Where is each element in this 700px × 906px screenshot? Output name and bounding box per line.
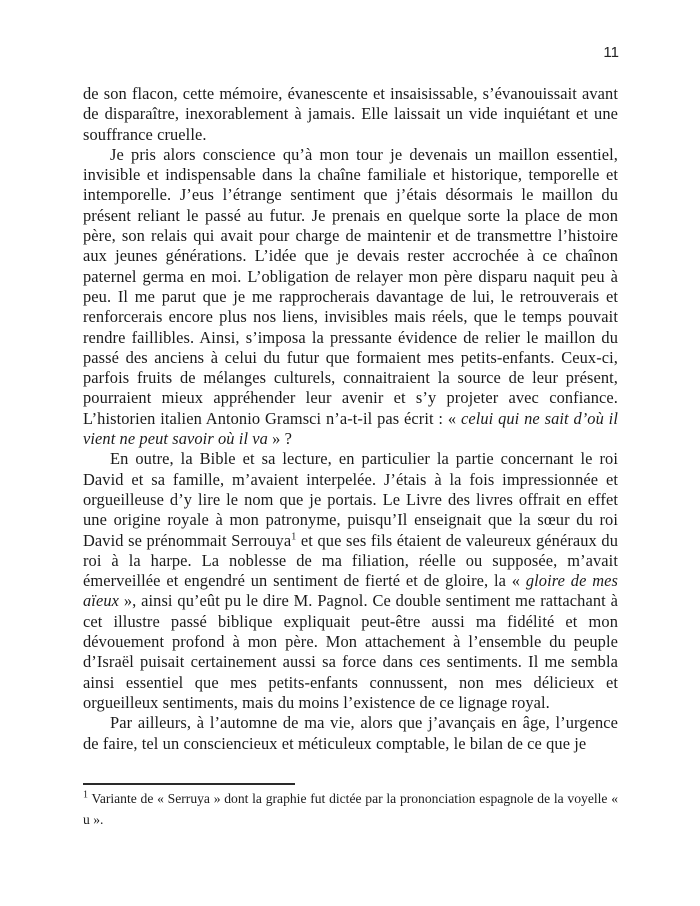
footnote-separator: [83, 783, 295, 785]
book-page: 11 de son flacon, cette mémoire, évanesc…: [0, 0, 700, 906]
paragraph: Je pris alors conscience qu’à mon tour j…: [83, 145, 618, 449]
page-number: 11: [603, 44, 619, 61]
footnote-text: 1 Variante de « Serruya » dont la graphi…: [83, 789, 618, 830]
text-run: Je pris alors conscience qu’à mon tour j…: [83, 145, 618, 428]
text-run: de son flacon, cette mémoire, évanescent…: [83, 84, 618, 144]
text-run: Variante de « Serruya » dont la graphie …: [83, 791, 618, 827]
paragraph: En outre, la Bible et sa lecture, en par…: [83, 449, 618, 713]
text-run: » ?: [268, 429, 292, 448]
paragraph: de son flacon, cette mémoire, évanescent…: [83, 84, 618, 145]
footnote: 1 Variante de « Serruya » dont la graphi…: [83, 789, 618, 830]
paragraph: Par ailleurs, à l’automne de ma vie, alo…: [83, 713, 618, 754]
text-run: Par ailleurs, à l’automne de ma vie, alo…: [83, 713, 618, 752]
body-text: de son flacon, cette mémoire, évanescent…: [83, 84, 618, 754]
text-run: », ainsi qu’eût pu le dire M. Pagnol. Ce…: [83, 591, 618, 711]
